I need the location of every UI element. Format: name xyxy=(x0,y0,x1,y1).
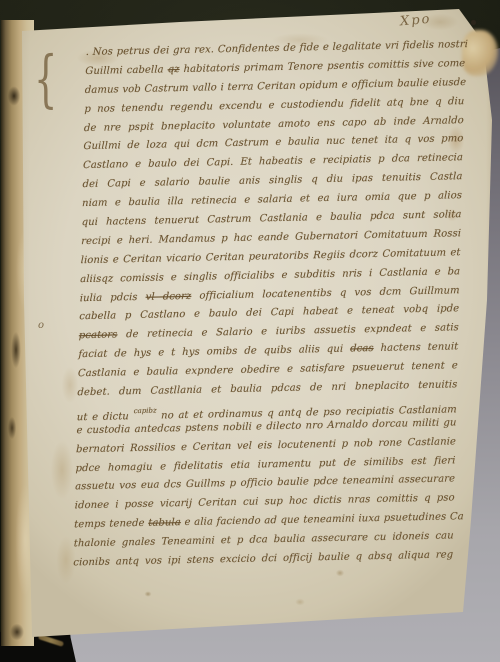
line-segment: cionibs antq vos ipi stens excicio dci o… xyxy=(73,549,453,568)
line-segment: habitatoris primam Tenore psentis comitt… xyxy=(179,58,465,75)
manuscript-text: . Nos petrus dei gra rex. Confidentes de… xyxy=(73,36,466,573)
opening-flourish: { xyxy=(34,42,57,115)
line-segment: hactens tenuit xyxy=(373,342,458,355)
struck-word: pcators xyxy=(79,330,118,342)
manuscript-photo: Xpo { o . Nos petrus dei gra rex. Confid… xyxy=(0,0,500,662)
line-segment: . Nos petrus dei gra rex. Confidentes de… xyxy=(86,39,468,58)
line-segment: de retinecia e Salario e iuribs assuetis… xyxy=(117,323,459,341)
margin-mark: o xyxy=(38,320,44,331)
line-segment: debet. dum Castllania et baulia pdcas de… xyxy=(77,379,457,398)
line-segment: Guillmi cabella xyxy=(85,64,168,77)
line-segment: temps tenede xyxy=(74,518,148,531)
line-segment: officialium locatenentibs q vos dcm Guil… xyxy=(191,285,460,302)
struck-word: qz xyxy=(168,64,180,75)
struck-word: tabula xyxy=(148,517,181,529)
line-segment: faciat de hys e t hys omibs de quibs ali… xyxy=(78,344,350,361)
ink-dot xyxy=(471,20,476,25)
interlinear-insertion: capibz xyxy=(134,407,157,415)
line-segment: qui hactens tenuerut Castrum Castlania e… xyxy=(81,209,461,228)
struck-word: dcas xyxy=(350,343,374,355)
line-segment: iulia pdcis xyxy=(80,291,146,303)
line-segment: recipi e heri. Mandamus p hac eande Gube… xyxy=(81,228,461,247)
line-segment: e alia faciendo ad que teneamini iuxa ps… xyxy=(181,511,464,528)
struck-word: vl dcorz xyxy=(146,290,192,302)
